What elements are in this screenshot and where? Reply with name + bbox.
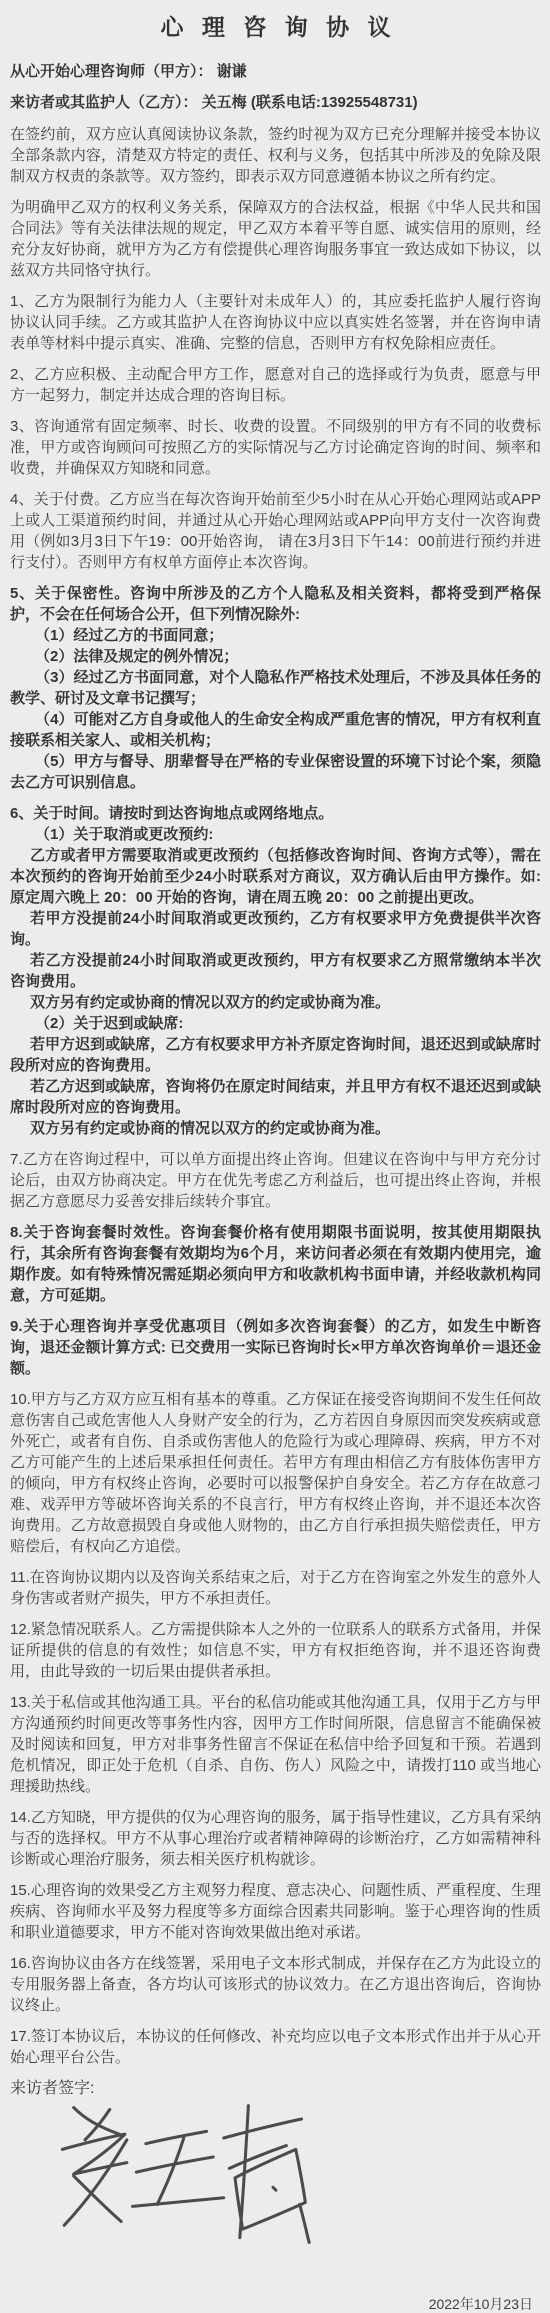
clause-6: 6、关于时间。请按时到达咨询地点或网络地点。 <box>10 803 541 824</box>
intro-paragraph-2: 为明确甲乙双方的权利义务关系，保障双方的合法权益，根据《中华人民共和国合同法》等… <box>10 197 541 281</box>
clause-6-sub-1-text-1: 乙方或者甲方需要取消或更改预约（包括修改咨询时间、咨询方式等），需在本次预约的咨… <box>10 845 541 908</box>
clause-12: 12.紧急情况联系人。乙方需提供除本人之外的一位联系人的联系方式备用，并保证所提… <box>10 1619 541 1682</box>
signature-area <box>40 2100 541 2250</box>
clause-1: 1、乙方为限制行为能力人（主要针对未成年人）的，其应委托监护人履行咨询协议认同手… <box>10 291 541 354</box>
clause-6-sub-1-text-3: 若乙方没提前24小时间取消或更改预约，甲方有权要求乙方照常缴纳本半次咨询费用。 <box>10 950 541 992</box>
intro-paragraph-1: 在签约前，双方应认真阅读协议条款，签约时视为双方已充分理解并接受本协议全部条款内… <box>10 124 541 187</box>
clause-5-exception-5: （5）甲方与督导、朋辈督导在严格的专业保密设置的环境下讨论个案，须隐去乙方可识别… <box>10 751 541 793</box>
clause-11: 11.在咨询协议期内以及咨询关系结束之后，对于乙方在咨询室之外发生的意外人身伤害… <box>10 1567 541 1609</box>
clause-6-sub-1: （1）关于取消或更改预约: <box>10 824 541 845</box>
clause-6-sub-2: （2）关于迟到或缺席: <box>10 1013 541 1034</box>
clause-14: 14.乙方知晓，甲方提供的仅为心理咨询的服务，属于指导性建议，乙方具有采纳与否的… <box>10 1807 541 1870</box>
clause-4: 4、关于付费。乙方应当在每次咨询开始前至少5小时在从心开始心理网站或APP上或人… <box>10 489 541 573</box>
page-title: 心 理 咨 询 协 议 <box>10 12 541 42</box>
party-b-line: 来访者或其监护人（乙方）： 关五梅 (联系电话:13925548731) <box>10 87 541 118</box>
clause-5-exception-3: （3）经过乙方书面同意，对个人隐私作严格技术处理后，不涉及具体任务的教学、研讨及… <box>10 667 541 709</box>
clause-7: 7.乙方在咨询过程中，可以单方面提出终止咨询。但建议在咨询中与甲方充分讨论后，由… <box>10 1149 541 1212</box>
clause-6-sub-2-text-1: 若甲方迟到或缺席，乙方有权要求甲方补齐原定咨询时间，退还迟到或缺席时段所对应的咨… <box>10 1034 541 1076</box>
signature-label: 来访者签字: <box>10 2078 541 2100</box>
clause-6-sub-1-text-4: 双方另有约定或协商的情况以双方的约定或协商为准。 <box>10 992 541 1013</box>
agreement-page: 心 理 咨 询 协 议 从心开始心理咨询师（甲方）： 谢谦 来访者或其监护人（乙… <box>0 0 550 2313</box>
clause-9: 9.关于心理咨询并享受优惠项目（例如多次咨询套餐）的乙方，如发生中断咨询，退还金… <box>10 1316 541 1379</box>
clause-5-exception-2: （2）法律及规定的例外情况； <box>10 646 541 667</box>
party-a-line: 从心开始心理咨询师（甲方）： 谢谦 <box>10 56 541 87</box>
clause-16: 16.咨询协议由各方在线签署，采用电子文本形式制成，并保存在乙方为此设立的专用服… <box>10 1953 541 2016</box>
clause-17: 17.签订本协议后，本协议的任何修改、补充均应以电子文本形式作出并于从心开始心理… <box>10 2026 541 2068</box>
clause-8: 8.关于咨询套餐时效性。咨询套餐价格有使用期限书面说明，按其使用期限执行，其余所… <box>10 1222 541 1306</box>
clause-3: 3、咨询通常有固定频率、时长、收费的设置。不同级别的甲方有不同的收费标准，甲方或… <box>10 416 541 479</box>
clause-15: 15.心理咨询的效果受乙方主观努力程度、意志决心、问题性质、严重程度、生理疾病、… <box>10 1880 541 1943</box>
clause-2: 2、乙方应积极、主动配合甲方工作，愿意对自己的选择或行为负责，愿意与甲方一起努力… <box>10 364 541 406</box>
clause-5-exception-4: （4）可能对乙方自身或他人的生命安全构成严重危害的情况，甲方有权利直接联系相关家… <box>10 709 541 751</box>
clause-5-exception-1: （1）经过乙方的书面同意； <box>10 625 541 646</box>
clause-5: 5、关于保密性。咨询中所涉及的乙方个人隐私及相关资料，都将受到严格保护，不会在任… <box>10 583 541 625</box>
clause-13: 13.关于私信或其他沟通工具。平台的私信功能或其他沟通工具，仅用于乙方与甲方沟通… <box>10 1692 541 1797</box>
handwritten-signature <box>40 2100 320 2250</box>
clause-10: 10.甲方与乙方双方应互相有基本的尊重。乙方保证在接受咨询期间不发生任何故意伤害… <box>10 1389 541 1557</box>
clause-6-sub-1-text-2: 若甲方没提前24小时间取消或更改预约，乙方有权要求甲方免费提供半次咨询。 <box>10 908 541 950</box>
clause-6-sub-2-text-2: 若乙方迟到或缺席，咨询将仍在原定时间结束，并且甲方有权不退还迟到或缺席时段所对应… <box>10 1076 541 1118</box>
sign-date: 2022年10月23日 <box>10 2295 541 2313</box>
parties: 从心开始心理咨询师（甲方）： 谢谦 来访者或其监护人（乙方）： 关五梅 (联系电… <box>10 56 541 118</box>
clause-6-sub-2-text-3: 双方另有约定或协商的情况以双方的约定或协商为准。 <box>10 1118 541 1139</box>
